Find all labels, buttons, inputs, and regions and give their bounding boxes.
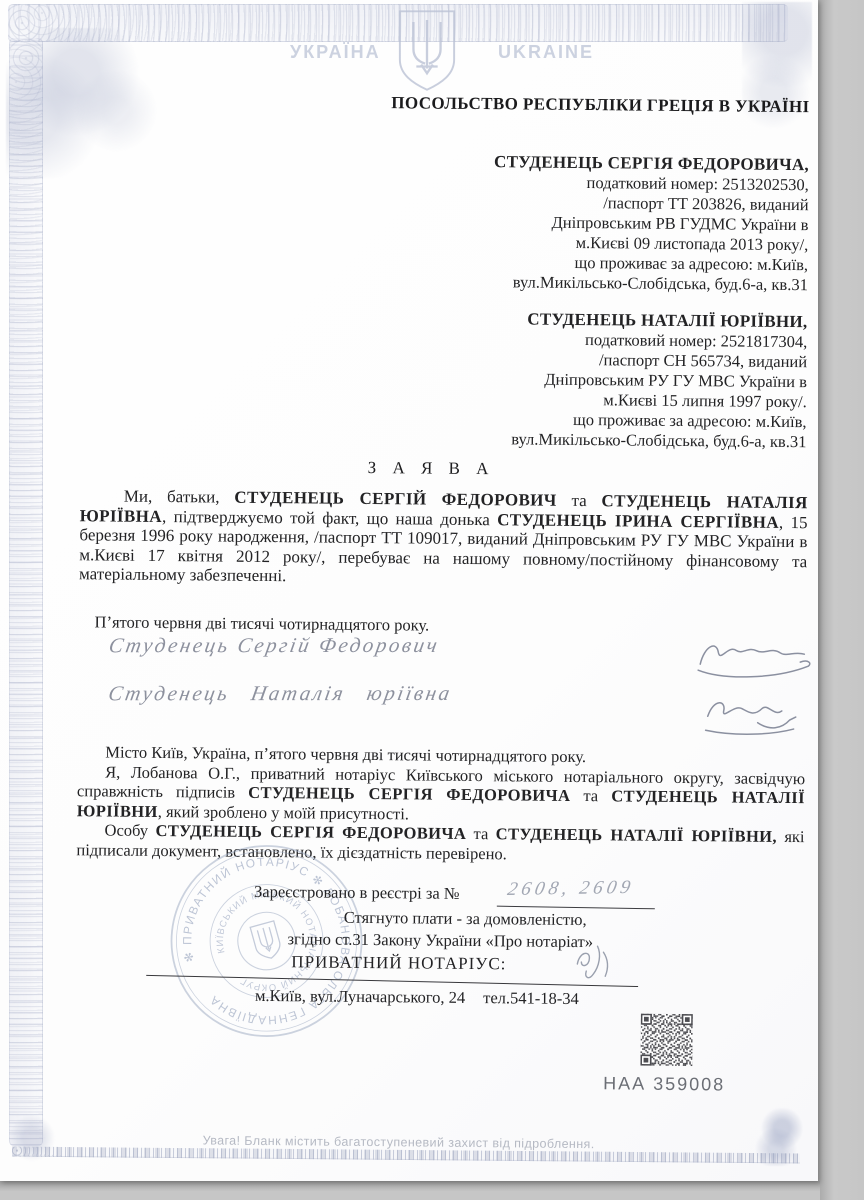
applicant-block-father: СТУДЕНЕЦЬ СЕРГІЯ ФЕДОРОВИЧА, податковий … [298, 150, 809, 295]
notary-address-line: м.Київ, вул.Луначарського, 24тел.541-18-… [255, 986, 579, 1009]
document-page: УКРАЇНА UKRAINE ПОСОЛЬСТВО РЕСПУБЛІКИ ГР… [0, 0, 818, 1181]
scanner-background-right [818, 0, 864, 1200]
registry-label: Зареєстровано в реєстрі за № [254, 882, 460, 904]
applicant-address: вул.Микільсько-Слобідська, буд.6-а, кв.3… [298, 270, 808, 295]
law-reference-line: згідно ст.31 Закону України «Про нотаріа… [287, 929, 593, 952]
applicant-address: вул.Микільсько-Слобідська, буд.6-а, кв.3… [296, 427, 806, 452]
notary-phone: тел.541-18-34 [483, 988, 579, 1008]
notary-address: м.Київ, вул.Луначарського, 24 [255, 986, 465, 1007]
handwritten-name-father: Студенець Сергій Федорович [107, 633, 442, 658]
document-header-title: ПОСОЛЬСТВО РЕСПУБЛІКИ ГРЕЦІЯ В УКРАЇНІ [370, 93, 810, 117]
handwritten-name-mother: Студенець Наталія юріївна [106, 681, 454, 706]
blank-protection-notice: Увага! Бланк містить багатоступеневий за… [0, 1131, 808, 1153]
signature-mother [702, 690, 800, 737]
statement-title: З А Я В А [56, 455, 806, 482]
qr-code [640, 1014, 692, 1066]
fee-line: Стягнуто плати - за домовленістю, [344, 908, 587, 930]
registry-number-handwritten: 2608, 2609 [506, 877, 636, 901]
notary-identity-paragraph: Особу СТУДЕНЕЦЬ СЕРГІЯ ФЕДОРОВИЧА та СТУ… [76, 820, 804, 866]
scanned-notarial-statement: УКРАЇНА UKRAINE ПОСОЛЬСТВО РЕСПУБЛІКИ ГР… [0, 0, 864, 1200]
blank-series-number: НАА 359008 [597, 1073, 731, 1095]
notary-certification-block: Місто Київ, Україна, п’ятого червня дві … [76, 742, 805, 866]
applicant-block-mother: СТУДЕНЕЦЬ НАТАЛІЇ ЮРІЇВНИ, податковий но… [296, 307, 807, 452]
signature-father [694, 634, 816, 685]
statement-body-paragraph: Ми, батьки, СТУДЕНЕЦЬ СЕРГІЙ ФЕДОРОВИЧ т… [79, 486, 808, 590]
document-content: ПОСОЛЬСТВО РЕСПУБЛІКИ ГРЕЦІЯ В УКРАЇНІ С… [0, 0, 819, 1188]
notary-certification-paragraph: Я, Лобанова О.Г., приватний нотаріус Киї… [77, 762, 806, 827]
